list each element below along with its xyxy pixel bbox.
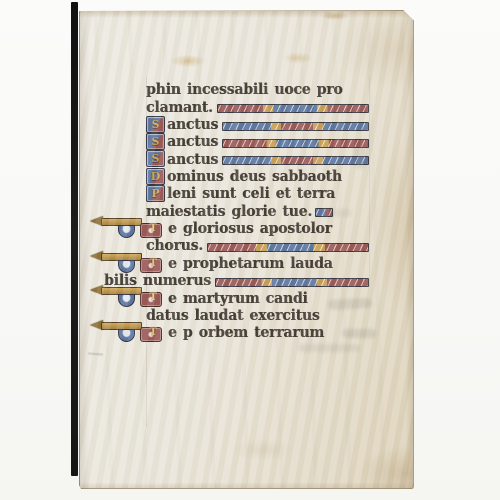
gothic-text: datus laudat exercitus bbox=[146, 308, 320, 323]
manuscript-photo: phin incessabili uoce proclamant.Sanctus… bbox=[0, 0, 500, 500]
flourish-bowl-icon bbox=[118, 225, 135, 238]
illuminated-initial-flourish: T bbox=[90, 286, 166, 306]
show-through-smudge bbox=[354, 139, 366, 169]
line-filler-ornament bbox=[215, 278, 369, 287]
line-filler-ornament bbox=[207, 243, 369, 252]
text-line: Sanctus bbox=[146, 150, 370, 167]
text-line: chorus. bbox=[146, 237, 370, 254]
initial-letter: S bbox=[152, 153, 160, 164]
initial-letter: T bbox=[150, 259, 157, 269]
illuminated-initial-flourish: T bbox=[90, 217, 166, 237]
gothic-text: clamant. bbox=[146, 100, 213, 115]
gothic-text: ominus deus sabbaoth bbox=[167, 169, 342, 184]
initial-letter: S bbox=[152, 136, 160, 147]
illuminated-initial: P bbox=[146, 185, 165, 202]
show-through-smudge bbox=[322, 209, 352, 217]
gothic-text: anctus bbox=[167, 117, 218, 132]
initial-letter: S bbox=[152, 119, 160, 130]
scan-edge-strip bbox=[71, 2, 78, 476]
text-line: Sanctus bbox=[146, 116, 370, 133]
line-filler-ornament bbox=[222, 122, 369, 131]
line-filler-ornament bbox=[222, 156, 369, 165]
illuminated-initial: S bbox=[146, 150, 165, 167]
illuminated-initial: S bbox=[146, 116, 165, 133]
initial-letter: T bbox=[150, 224, 157, 234]
text-line: clamant. bbox=[146, 98, 370, 115]
flourish-bowl-icon bbox=[118, 260, 135, 273]
initial-letter: D bbox=[151, 171, 161, 182]
gothic-text: e p orbem terrarum bbox=[168, 326, 324, 341]
text-line: Pleni sunt celi et terra bbox=[146, 185, 370, 202]
illuminated-initial-flourish: T bbox=[90, 252, 166, 272]
initial-letter: P bbox=[151, 188, 159, 199]
show-through-smudge bbox=[298, 344, 360, 352]
pencil-mark bbox=[88, 352, 103, 355]
gothic-text: e prophetarum lauda bbox=[168, 256, 333, 271]
line-filler-ornament bbox=[222, 139, 369, 148]
line-filler-ornament bbox=[217, 104, 369, 113]
text-line: Te p orbem terrarum bbox=[146, 324, 370, 341]
gothic-text: anctus bbox=[167, 135, 218, 150]
flourish-bowl-icon bbox=[118, 294, 135, 307]
initial-letter: T bbox=[150, 293, 157, 303]
gothic-text: e gloriosus apostolor bbox=[168, 222, 332, 237]
flourish-bowl-icon bbox=[118, 329, 135, 342]
gothic-text: e martyrum candi bbox=[168, 291, 308, 306]
initial-letter: T bbox=[150, 328, 157, 338]
illuminated-initial-flourish: T bbox=[90, 321, 166, 341]
gothic-text: phin incessabili uoce pro bbox=[146, 83, 343, 98]
manuscript-leaf: phin incessabili uoce proclamant.Sanctus… bbox=[79, 10, 414, 489]
illuminated-initial: S bbox=[146, 133, 165, 150]
gothic-text: leni sunt celi et terra bbox=[167, 187, 335, 202]
show-through-smudge bbox=[342, 329, 376, 338]
illuminated-initial: D bbox=[146, 168, 165, 185]
text-line: Sanctus bbox=[146, 133, 370, 150]
text-line: phin incessabili uoce pro bbox=[146, 81, 370, 98]
gothic-text: anctus bbox=[167, 152, 218, 167]
gothic-text: maiestatis glorie tue. bbox=[146, 204, 312, 219]
text-line: Te prophetarum lauda bbox=[146, 255, 370, 272]
text-line: Dominus deus sabbaoth bbox=[146, 168, 370, 185]
text-line: Te gloriosus apostolor bbox=[146, 220, 370, 237]
